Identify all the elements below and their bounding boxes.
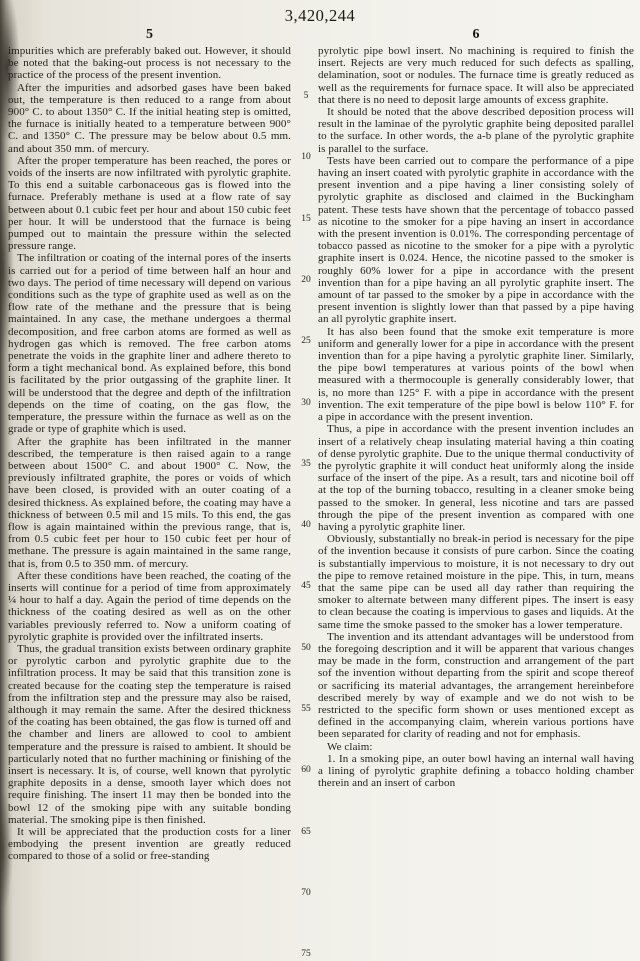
patent-number: 3,420,244: [0, 6, 640, 26]
gutter-line-number: 40: [292, 520, 320, 530]
paragraph: Thus, the gradual transition exists betw…: [8, 643, 291, 826]
paragraph: We claim:: [318, 741, 634, 753]
paragraph: It will be appreciated that the producti…: [8, 826, 291, 863]
paragraph: The infiltration or coating of the inter…: [8, 252, 291, 435]
right-column-number: 6: [318, 27, 634, 42]
gutter-line-number: 30: [292, 398, 320, 408]
paragraph: impurities which are preferably baked ou…: [8, 45, 291, 82]
gutter-line-number: 25: [292, 336, 320, 346]
left-column: 5 impurities which are preferably baked …: [8, 27, 291, 863]
paragraph: pyrolytic pipe bowl insert. No machining…: [318, 45, 634, 106]
paragraph: Obviously, substantially no break-in per…: [318, 533, 634, 631]
paragraph: 1. In a smoking pipe, an outer bowl havi…: [318, 753, 634, 790]
gutter-line-number: 60: [292, 765, 320, 775]
paragraph: After these conditions have been reached…: [8, 570, 291, 643]
gutter-line-number: 45: [292, 581, 320, 591]
paragraph: After the proper temperature has been re…: [8, 155, 291, 253]
left-column-number: 5: [8, 27, 291, 42]
gutter-line-number: 70: [292, 888, 320, 898]
paragraph: It has also been found that the smoke ex…: [318, 326, 634, 424]
right-column-text: pyrolytic pipe bowl insert. No machining…: [318, 45, 634, 789]
gutter-line-number: 20: [292, 275, 320, 285]
left-column-text: impurities which are preferably baked ou…: [8, 45, 291, 863]
gutter-line-number: 35: [292, 459, 320, 469]
gutter-line-number: 15: [292, 214, 320, 224]
gutter-line-number: 65: [292, 827, 320, 837]
paragraph: Tests have been carried out to compare t…: [318, 155, 634, 326]
patent-page: 3,420,244 5 impurities which are prefera…: [0, 0, 640, 961]
paragraph: It should be noted that the above descri…: [318, 106, 634, 155]
gutter-line-number: 5: [292, 91, 320, 101]
right-column: 6 pyrolytic pipe bowl insert. No machini…: [318, 27, 634, 789]
paragraph: After the graphite has been infiltrated …: [8, 436, 291, 570]
paragraph: Thus, a pipe in accordance with the pres…: [318, 423, 634, 533]
paragraph: The invention and its attendant advantag…: [318, 631, 634, 741]
gutter-line-number: 10: [292, 152, 320, 162]
gutter-line-number: 50: [292, 643, 320, 653]
gutter-line-number: 75: [292, 949, 320, 959]
gutter-line-number: 55: [292, 704, 320, 714]
paragraph: After the impurities and adsorbed gases …: [8, 82, 291, 155]
